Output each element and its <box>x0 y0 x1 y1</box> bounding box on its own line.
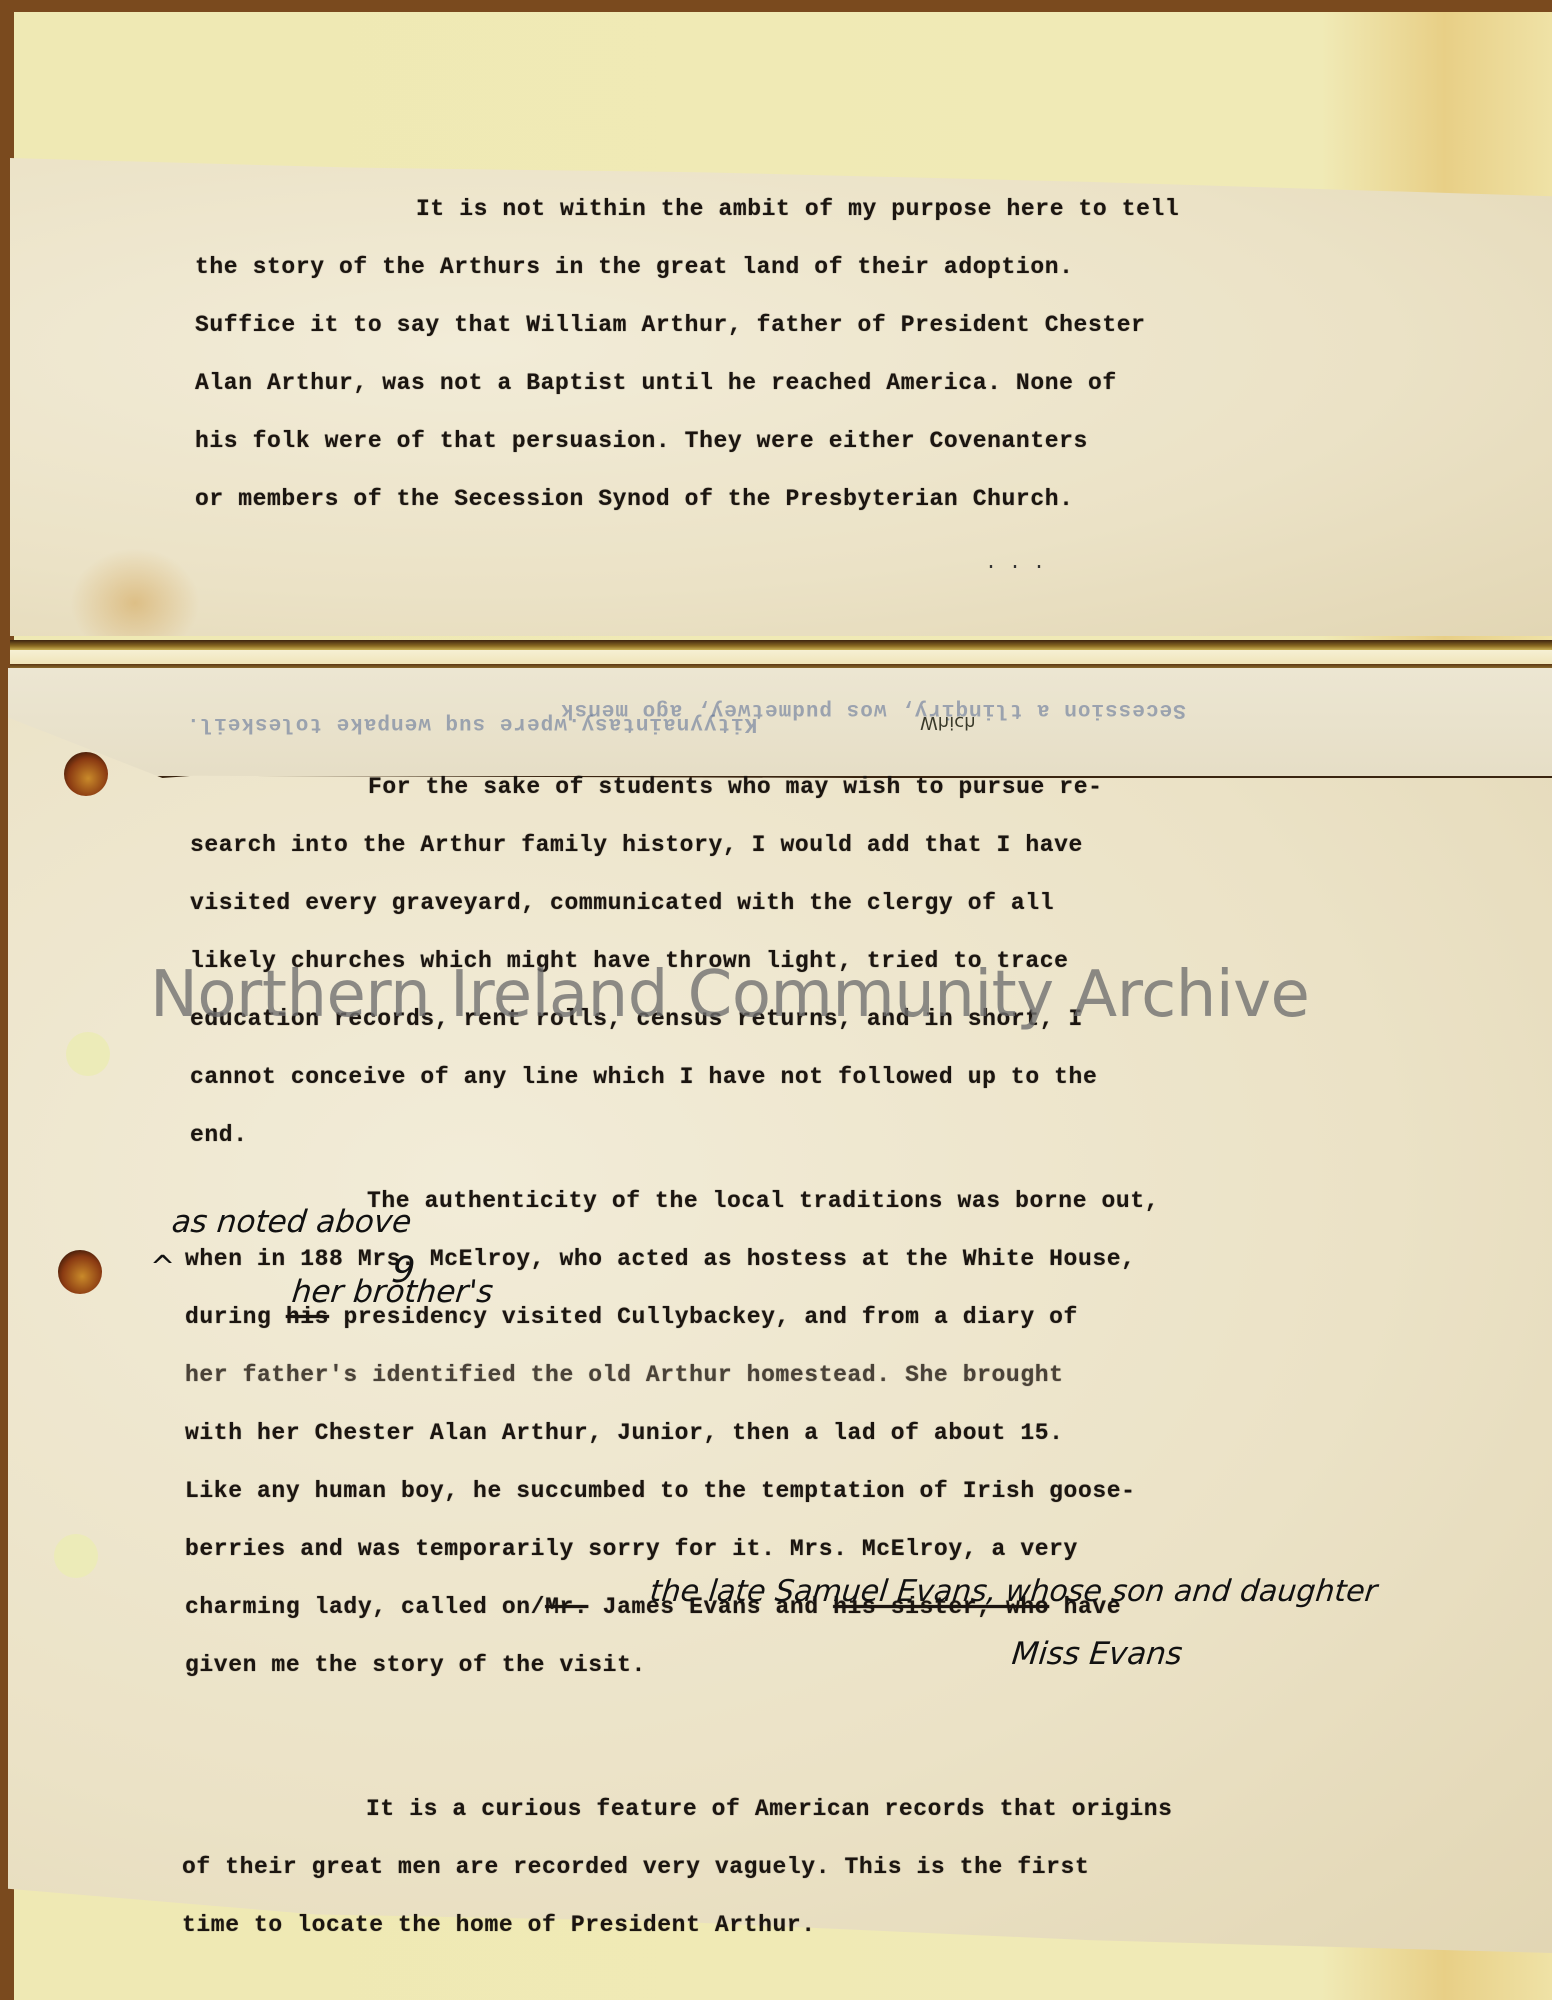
punch-hole <box>58 1250 102 1294</box>
text-span: during <box>185 1304 286 1330</box>
show-through-text: Kityynaintasy.wpere suq wenpake toleskei… <box>186 712 757 735</box>
text-line: cannot conceive of any line which I have… <box>190 1048 1103 1106</box>
handwritten-her-brothers: her brother's <box>290 1274 495 1310</box>
show-through-handwriting: Which <box>920 712 976 733</box>
text-line: of their great men are recorded very vag… <box>182 1838 1173 1896</box>
text-line: Suffice it to say that William Arthur, f… <box>195 296 1146 354</box>
text-line: Alan Arthur, was not a Baptist until he … <box>195 354 1146 412</box>
paragraph-arthurs-adoption-body: the story of the Arthurs in the great la… <box>195 238 1146 528</box>
punch-hole-reinforced <box>66 1032 110 1076</box>
insertion-caret: ^ <box>150 1250 175 1285</box>
paragraph-arthurs-adoption: It is not within the ambit of my purpose… <box>230 180 1179 238</box>
archive-watermark: Northern Ireland Community Archive <box>150 958 1309 1032</box>
text-span: when in 188 <box>185 1246 343 1272</box>
text-line: her father's identified the old Arthur h… <box>185 1346 1159 1404</box>
punch-hole-reinforced <box>54 1534 98 1578</box>
text-line: or members of the Secession Synod of the… <box>195 470 1146 528</box>
text-line: time to locate the home of President Art… <box>182 1896 1173 1954</box>
text-span: charming lady, called on/ <box>185 1594 545 1620</box>
stray-marks: . . . <box>985 552 1045 575</box>
struck-word: Mr. <box>545 1594 588 1620</box>
fold-shadow <box>10 640 1552 650</box>
text-line: For the sake of students who may wish to… <box>190 758 1103 816</box>
handwritten-as-noted-above: as noted above <box>170 1204 413 1240</box>
text-line: visited every graveyard, communicated wi… <box>190 874 1103 932</box>
text-span: Mrs. McElroy, who acted as hostess at th… <box>343 1246 1135 1272</box>
text-line: with her Chester Alan Arthur, Junior, th… <box>185 1404 1159 1462</box>
text-line: Like any human boy, he succumbed to the … <box>185 1462 1159 1520</box>
text-line: the story of the Arthurs in the great la… <box>195 238 1146 296</box>
paragraph-american-records: It is a curious feature of American reco… <box>182 1780 1173 1954</box>
text-line: It is a curious feature of American reco… <box>182 1780 1173 1838</box>
text-line: berries and was temporarily sorry for it… <box>185 1520 1159 1578</box>
text-line: It is not within the ambit of my purpose… <box>276 180 1179 238</box>
handwritten-late-samuel-evans: the late Samuel Evans, whose son and dau… <box>648 1574 1379 1609</box>
paragraph-mcelroy-visit: The authenticity of the local traditions… <box>185 1172 1159 1694</box>
punch-hole <box>64 752 108 796</box>
text-line: his folk were of that persuasion. They w… <box>195 412 1146 470</box>
text-line: search into the Arthur family history, I… <box>190 816 1103 874</box>
handwritten-miss-evans: Miss Evans <box>1010 1636 1184 1672</box>
text-line: end. <box>190 1106 1103 1164</box>
